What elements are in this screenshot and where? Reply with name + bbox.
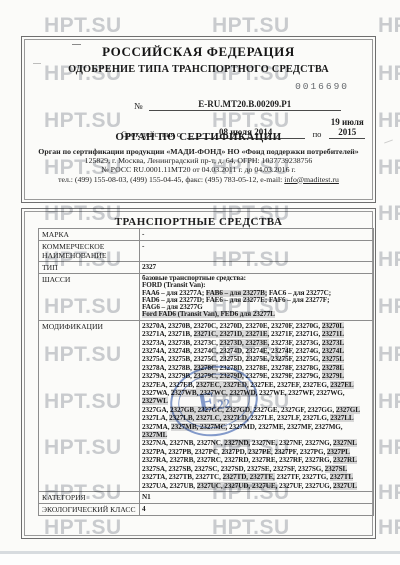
text-segment: 2327GA, — [142, 406, 170, 414]
highlight-segment: 2327GB, 2327GC, 2327GD, — [170, 406, 252, 414]
text-segment: 2327WE, 2327WF, 2327WG, — [257, 389, 344, 397]
row-value: базовые транспортные средства:FORD (Tran… — [140, 274, 374, 321]
highlight-segment: 2327LB, 2327LC, 2327LD, — [169, 414, 248, 422]
cert-body-name: Орган по сертификации продукции «МАДИ-ФО… — [30, 147, 367, 156]
highlight-segment: 2327EC, 2327ED, — [196, 381, 249, 389]
highlight-segment: 23271C, 23271D, 23271E, — [194, 330, 270, 338]
scan-artifact-dash — [72, 44, 81, 45]
value-line: FAD6 – для 23277D; FAE6 – для 23277E; FA… — [142, 297, 371, 304]
table-row: МАРКА- — [39, 229, 374, 241]
text-segment: 2327MA, — [142, 423, 171, 431]
watermark-text: HPT.SU — [378, 390, 400, 414]
cert-section-title: ОРГАН ПО СЕРТИФИКАЦИИ — [22, 131, 375, 143]
country-title: РОССИЙСКАЯ ФЕДЕРАЦИЯ — [22, 44, 375, 60]
text-segment: 23278A, 23278B, — [142, 364, 194, 372]
table-row: КОММЕРЧЕСКОЕ НАИМЕНОВАНИЕ- — [39, 241, 374, 262]
text-segment: - — [142, 230, 144, 238]
highlight-segment: 23279C, 23279D, — [194, 372, 244, 380]
scan-artifact-dash — [384, 139, 393, 143]
text-segment: FAD6 – для 23277D; FAE6 – для 23277E; FA… — [142, 297, 329, 304]
text-segment: - — [142, 242, 144, 250]
highlight-segment: 2327WL — [142, 397, 168, 405]
text-segment: 2327SA, 2327SB, 2327SC, 2327SD, 2327SE, … — [142, 465, 325, 473]
highlight-segment: 23279L — [322, 372, 344, 380]
watermark-text: HPT.SU — [378, 202, 400, 226]
cert-body-paragraph: Орган по сертификации продукции «МАДИ-ФО… — [30, 147, 367, 184]
table-row: ШАССИбазовые транспортные средства:FORD … — [39, 274, 374, 321]
watermark-text: HPT.SU — [378, 295, 400, 319]
value-line: 2327UA, 2327UB, 2327UC, 2327UD, 2327UE, … — [142, 482, 371, 490]
email-link[interactable]: info@maditest.ru — [284, 175, 339, 184]
text-segment: 2327NE, 2327NF, 2327NG, — [250, 439, 333, 447]
text-segment: 2327LA, — [142, 414, 169, 422]
value-line: FORD (Transit Van): — [142, 282, 371, 289]
highlight-segment: 2327TL — [330, 473, 353, 481]
value-line: - — [142, 242, 371, 250]
watermark-text: HPT.SU — [44, 14, 122, 38]
approval-header-box: РОССИЙСКАЯ ФЕДЕРАЦИЯ ОДОБРЕНИЕ ТИПА ТРАН… — [21, 36, 376, 203]
text-segment: 23273F, 23273G, — [269, 339, 322, 347]
watermark-text: HPT.SU — [378, 156, 400, 180]
text-segment: 2327EA, 2327EB, — [142, 381, 196, 389]
cert-body-registration: № РОСС RU.0001.11МТ20 от 04.03.2011 г. д… — [30, 165, 367, 174]
highlight-segment: 2327WB, 2327WC, 2327WD, — [171, 389, 258, 397]
scan-artifact-dash — [33, 63, 41, 64]
text-segment: 2327TF, 2327TG, — [275, 473, 330, 481]
text-segment: FAC6 – для 23277C; — [267, 290, 331, 297]
serial-number: 0016690 — [295, 81, 349, 92]
watermark-text: HPT.SU — [378, 248, 400, 272]
watermark-text: HPT.SU — [378, 516, 400, 540]
text-segment: 2327UA, 2327UB, — [142, 482, 197, 490]
table-row: ЭКОЛОГИЧЕСКИЙ КЛАСС4 — [39, 503, 374, 515]
watermark-text: HPT.SU — [378, 109, 400, 133]
highlight-segment: 2327UL — [333, 482, 357, 490]
number-label: № — [134, 101, 143, 111]
row-label: МАРКА — [39, 229, 140, 241]
value-line: FAA6 – для 23277A; FAB6 – для 23277B; FA… — [142, 290, 371, 297]
value-line: 2327WA, 2327WB, 2327WC, 2327WD, 2327WE, … — [142, 389, 371, 397]
text-segment: FORD (Transit Van): — [142, 282, 205, 289]
vehicles-box: ТРАНСПОРТНЫЕ СРЕДСТВА МАРКА-КОММЕРЧЕСКОЕ… — [21, 208, 376, 539]
text-segment: 2327UF, 2327UG, — [277, 482, 333, 490]
highlight-segment: 23271L — [322, 330, 344, 338]
value-line: 2327RA, 2327RB, 2327RC, 2327RD, 2327RE, … — [142, 456, 371, 464]
text-segment: 23278D, 23278E, 23278F, 23278G, — [218, 364, 322, 372]
highlight-segment: 2327EL — [330, 381, 353, 389]
highlight-segment: 2327SL — [325, 465, 348, 473]
value-line: 2327WL — [142, 397, 371, 405]
highlight-segment: 23274L — [322, 347, 344, 355]
highlight-segment: 2327MB, 2327MC, — [171, 423, 227, 431]
text-segment: 2327MD, 2327ME, 2327MF, 2327MG, — [227, 423, 342, 431]
text-segment: 23273A, 23273B, 23273C, — [142, 339, 219, 347]
row-label: КОММЕРЧЕСКОЕ НАИМЕНОВАНИЕ — [39, 241, 140, 262]
text-segment: FAG6 – для 23277G — [142, 304, 203, 311]
value-line: 23279A, 23279B, 23279C, 23279D, 23279E, … — [142, 372, 371, 380]
value-line: 2327SA, 2327SB, 2327SC, 2327SD, 2327SE, … — [142, 465, 371, 473]
text-segment: N1 — [142, 493, 151, 501]
text-segment: 2327 — [142, 263, 156, 271]
text-segment: 23275A, 23275B, 23275C, 23275D, 23275E, … — [142, 355, 322, 363]
value-line: 2327PA, 2327PB, 2327PC, 2327PD, 2327PE, … — [142, 448, 371, 456]
value-line: FAG6 – для 23277G — [142, 304, 371, 311]
cert-body-contacts: тел.: (499) 155-08-03, (499) 155-04-45, … — [30, 175, 367, 184]
value-line: 23275A, 23275B, 23275C, 23275D, 23275E, … — [142, 355, 371, 363]
highlight-segment: 2327NL — [333, 439, 357, 447]
highlight-segment: 23273L — [322, 339, 344, 347]
value-line: 2327NA, 2327NB, 2327NC, 2327ND, 2327NE, … — [142, 439, 371, 447]
scanned-certificate-page: РОССИЙСКАЯ ФЕДЕРАЦИЯ ОДОБРЕНИЕ ТИПА ТРАН… — [0, 0, 400, 565]
text-segment: 2327RA, 2327RB, 2327RC, 2327RD, 2327RE, … — [142, 456, 333, 464]
highlight-segment: 2327PL — [327, 448, 350, 456]
highlight-segment: 2327UC, 2327UD, 2327UE, — [197, 482, 278, 490]
value-line: 2327 — [142, 263, 371, 271]
row-label: КАТЕГОРИЯ — [39, 491, 140, 503]
value-line: 2327GA, 2327GB, 2327GC, 2327GD, 2327GE, … — [142, 406, 371, 414]
row-value: - — [140, 229, 374, 241]
highlight-segment: 23278C, — [194, 364, 218, 372]
row-label: МОДИФИКАЦИИ — [39, 320, 140, 491]
watermark-text: HPT.SU — [378, 343, 400, 367]
text-segment: базовые транспортные средства: — [142, 275, 246, 282]
text-segment: 23279A, 23279B, — [142, 372, 194, 380]
highlight-segment: 2327LL — [330, 414, 353, 422]
text-segment: 4 — [142, 505, 146, 513]
highlight-segment: 2327ND, — [224, 439, 250, 447]
text-segment: 2327NA, 2327NB, 2327NC, — [142, 439, 224, 447]
row-value: 2327 — [140, 262, 374, 274]
text-segment: 23270A, 23270B, 23270C, 23270D, 23270E, … — [142, 322, 322, 330]
value-line: 23271A, 23271B, 23271C, 23271D, 23271E, … — [142, 330, 371, 338]
text-segment: 2327PA, 2327PB, 2327PC, 2327PD, 2327PE, … — [142, 448, 327, 456]
row-value: N1 — [140, 491, 374, 503]
highlight-segment: 23278L — [322, 364, 344, 372]
text-segment: 23274A, 23274B, 23274C, 23274D, 23274E, … — [142, 347, 322, 355]
highlight-segment: 2327GL — [336, 406, 360, 414]
watermark-text: HPT.SU — [378, 14, 400, 38]
value-line: 23270A, 23270B, 23270C, 23270D, 23270E, … — [142, 322, 371, 330]
watermark-text: HPT.SU — [212, 14, 290, 38]
text-segment: 23279E, 23279F, 23279G, — [244, 372, 322, 380]
vehicles-table-body: МАРКА-КОММЕРЧЕСКОЕ НАИМЕНОВАНИЕ-ТИП2327Ш… — [39, 229, 374, 516]
value-line: 2327MA, 2327MB, 2327MC, 2327MD, 2327ME, … — [142, 423, 371, 431]
table-row: МОДИФИКАЦИИ23270A, 23270B, 23270C, 23270… — [39, 320, 374, 491]
value-line: 2327ML — [142, 431, 371, 439]
value-line: 2327EA, 2327EB, 2327EC, 2327ED, 2327EE, … — [142, 381, 371, 389]
row-value: 4 — [140, 503, 374, 515]
cert-body-contacts-text: тел.: (499) 155-08-03, (499) 155-04-45, … — [58, 175, 284, 184]
text-segment: 23271A, 23271B, — [142, 330, 194, 338]
approval-number-row: № E-RU.MT20.B.00209.P1 — [134, 99, 341, 111]
text-segment: 2327EE, 2327EF, 2327EG, — [249, 381, 331, 389]
row-value: 23270A, 23270B, 23270C, 23270D, 23270E, … — [140, 320, 374, 491]
highlight-segment: 2327RL — [333, 456, 357, 464]
text-segment: 2327WA, — [142, 389, 171, 397]
watermark-text: HPT.SU — [378, 62, 400, 86]
row-label: ЭКОЛОГИЧЕСКИЙ КЛАСС — [39, 503, 140, 515]
text-segment: 23271F, 23271G, — [269, 330, 322, 338]
highlight-segment: 2327ML — [142, 431, 167, 439]
watermark-text: HPT.SU — [378, 481, 400, 505]
text-segment: 2327TA, 2327TB, 2327TC, — [142, 473, 223, 481]
highlight-segment: FAB6 – для 23277B; — [206, 290, 267, 297]
page-edge-background — [0, 554, 400, 565]
value-line: N1 — [142, 493, 371, 501]
text-segment: 2327LE, 2327LF, 2327LG, — [249, 414, 331, 422]
row-label: ШАССИ — [39, 274, 140, 321]
highlight-segment: 2327TD, 2327TE, — [223, 473, 275, 481]
vehicles-table: МАРКА-КОММЕРЧЕСКОЕ НАИМЕНОВАНИЕ-ТИП2327Ш… — [38, 228, 374, 516]
highlight-segment: 23273D, 23273E, — [219, 339, 269, 347]
value-line: 2327TA, 2327TB, 2327TC, 2327TD, 2327TE, … — [142, 473, 371, 481]
row-label: ТИП — [39, 262, 140, 274]
value-line: Ford FAD6 (Transit Van), FED6 для 23277L — [142, 311, 371, 318]
highlight-segment: Ford FAD6 (Transit Van), FED6 для 23277L — [142, 311, 275, 318]
value-line: 2327LA, 2327LB, 2327LC, 2327LD, 2327LE, … — [142, 414, 371, 422]
row-value: - — [140, 241, 374, 262]
table-row: КАТЕГОРИЯN1 — [39, 491, 374, 503]
highlight-segment: 23275L — [322, 355, 344, 363]
vehicles-section-title: ТРАНСПОРТНЫЕ СРЕДСТВА — [22, 216, 375, 228]
value-line: - — [142, 230, 371, 238]
value-line: базовые транспортные средства: — [142, 275, 371, 282]
text-segment: FAA6 – для 23277A; — [142, 290, 206, 297]
watermark-text: HPT.SU — [378, 436, 400, 460]
approval-number-value: E-RU.MT20.B.00209.P1 — [149, 99, 341, 111]
value-line: 23274A, 23274B, 23274C, 23274D, 23274E, … — [142, 347, 371, 355]
value-line: 4 — [142, 505, 371, 513]
text-segment: 2327GE, 2327GF, 2327GG, — [252, 406, 336, 414]
document-title: ОДОБРЕНИЕ ТИПА ТРАНСПОРТНОГО СРЕДСТВА — [22, 64, 375, 75]
value-line: 23278A, 23278B, 23278C, 23278D, 23278E, … — [142, 364, 371, 372]
highlight-segment: 23270L — [322, 322, 344, 330]
cert-body-address: 125829, г. Москва, Ленинградский пр-т, д… — [30, 156, 367, 165]
value-line: 23273A, 23273B, 23273C, 23273D, 23273E, … — [142, 339, 371, 347]
table-row: ТИП2327 — [39, 262, 374, 274]
